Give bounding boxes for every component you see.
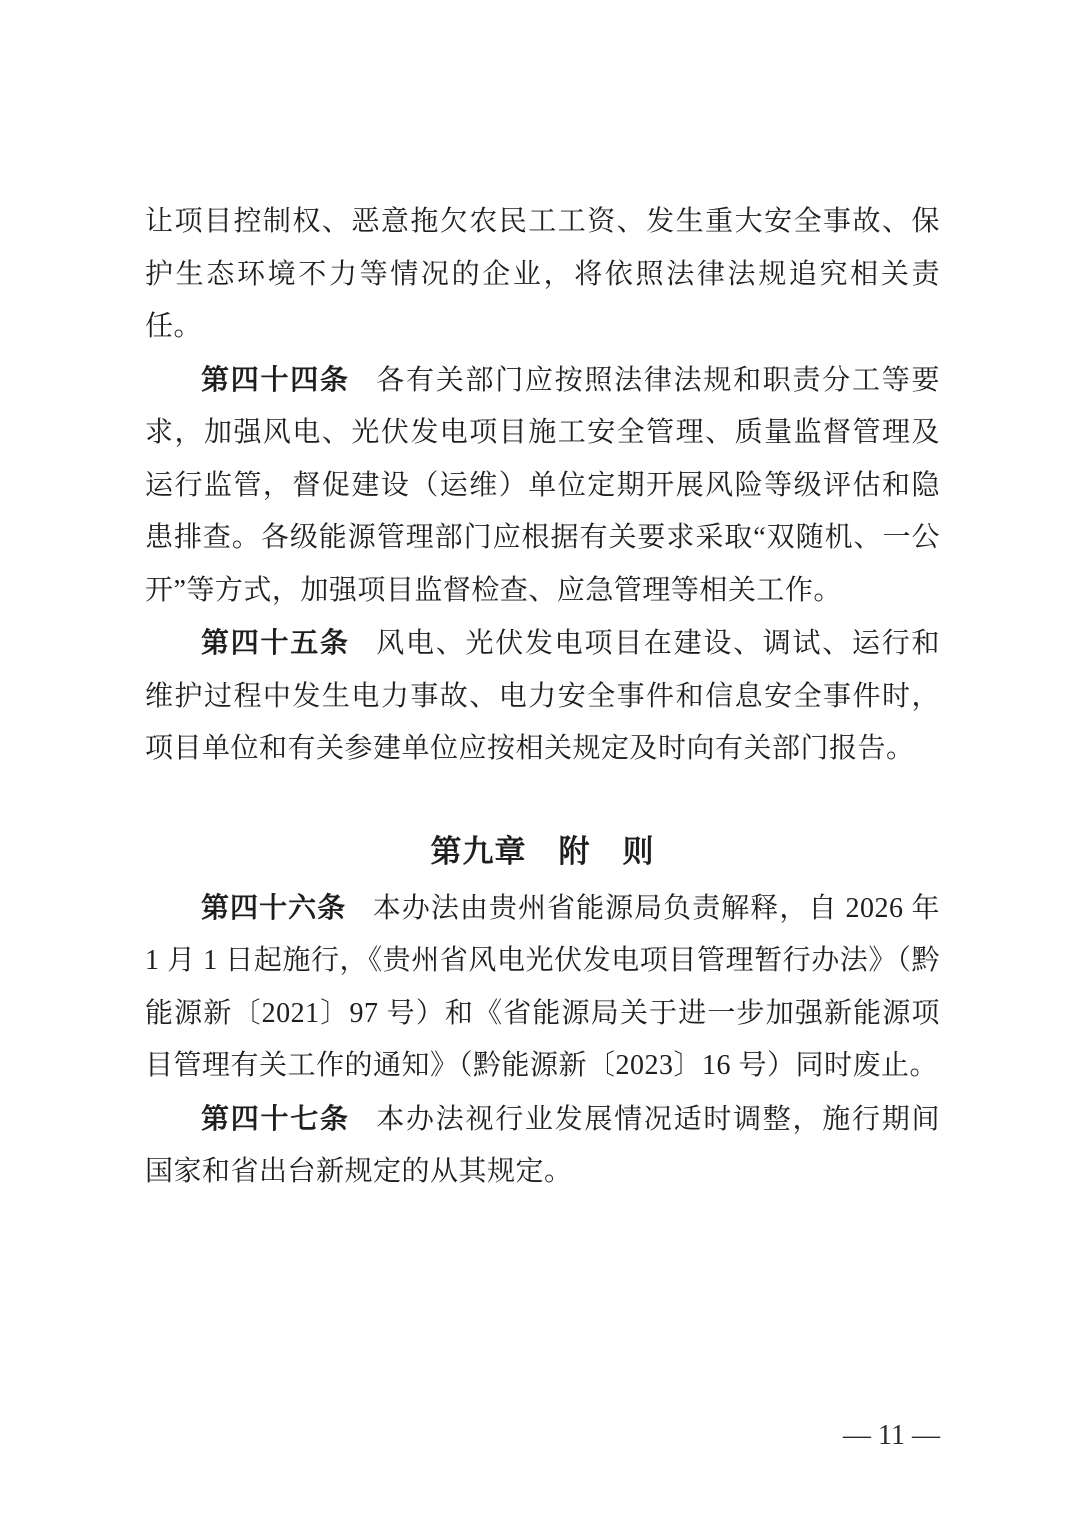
article-45-label: 第四十五条 [201,627,350,658]
article-46-label: 第四十六条 [201,892,346,923]
chapter-heading: 第九章 附 则 [145,822,940,882]
paragraph-article-47: 第四十七条本办法视行业发展情况适时调整，施行期间国家和省出台新规定的从其规定。 [145,1093,940,1199]
article-44-text: 各有关部门应按照法律法规和职责分工等要求，加强风电、光伏发电项目施工安全管理、质… [145,365,940,606]
article-44-label: 第四十四条 [201,364,350,395]
document-body: 让项目控制权、恶意拖欠农民工工资、发生重大安全事故、保护生态环境不力等情况的企业… [145,196,940,1199]
paragraph-article-46: 第四十六条本办法由贵州省能源局负责解释，自 2026 年 1 月 1 日起施行，… [145,882,940,1093]
document-page: 让项目控制权、恶意拖欠农民工工资、发生重大安全事故、保护生态环境不力等情况的企业… [0,0,1080,1527]
article-47-label: 第四十七条 [201,1103,350,1134]
page-number: — 11 — [843,1416,940,1456]
paragraph-continuation: 让项目控制权、恶意拖欠农民工工资、发生重大安全事故、保护生态环境不力等情况的企业… [145,196,940,354]
paragraph-article-44: 第四十四条各有关部门应按照法律法规和职责分工等要求，加强风电、光伏发电项目施工安… [145,354,940,618]
paragraph-article-45: 第四十五条风电、光伏发电项目在建设、调试、运行和维护过程中发生电力事故、电力安全… [145,617,940,776]
